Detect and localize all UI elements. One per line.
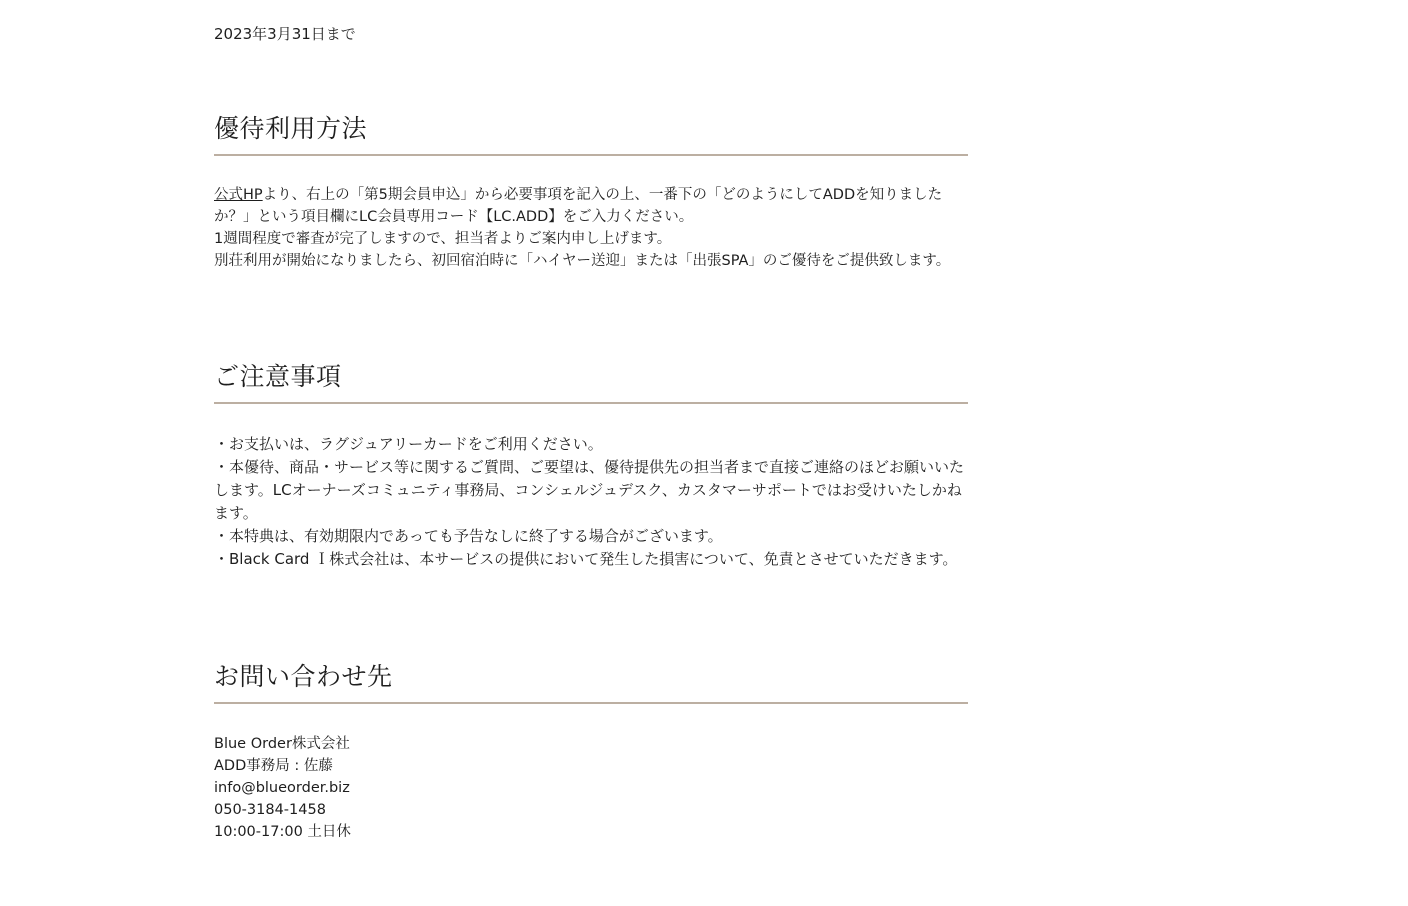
usage-line-1-text: より、右上の「第5期会員申込」から必要事項を記入の上、一番下の「どのようにしてA… bbox=[214, 187, 942, 225]
note-item: ・本優待、商品・サービス等に関するご質問、ご要望は、優待提供先の担当者まで直接ご… bbox=[214, 456, 968, 525]
contact-section-title: お問い合わせ先 bbox=[214, 660, 968, 704]
contact-company: Blue Order株式会社 bbox=[214, 733, 968, 755]
validity-period: 2023年3月31日まで bbox=[214, 23, 356, 45]
contact-section: お問い合わせ先 Blue Order株式会社 ADD事務局 : 佐藤 info@… bbox=[214, 660, 968, 843]
contact-office: ADD事務局 : 佐藤 bbox=[214, 755, 968, 777]
notes-section-body: ・お支払いは、ラグジュアリーカードをご利用ください。 ・本優待、商品・サービス等… bbox=[214, 433, 968, 571]
notes-section: ご注意事項 ・お支払いは、ラグジュアリーカードをご利用ください。 ・本優待、商品… bbox=[214, 360, 968, 571]
note-item: ・本特典は、有効期限内であっても予告なしに終了する場合がございます。 bbox=[214, 525, 968, 548]
note-item: ・Black Card Ｉ株式会社は、本サービスの提供において発生した損害につい… bbox=[214, 548, 968, 571]
usage-section-body: 公式HPより、右上の「第5期会員申込」から必要事項を記入の上、一番下の「どのよう… bbox=[214, 184, 968, 272]
usage-line-1: 公式HPより、右上の「第5期会員申込」から必要事項を記入の上、一番下の「どのよう… bbox=[214, 184, 968, 228]
contact-phone: 050-3184-1458 bbox=[214, 799, 968, 821]
contact-section-body: Blue Order株式会社 ADD事務局 : 佐藤 info@blueorde… bbox=[214, 733, 968, 843]
usage-line-2: 1週間程度で審査が完了しますので、担当者よりご案内申し上げます。 bbox=[214, 228, 968, 250]
official-hp-link[interactable]: 公式HP bbox=[214, 187, 263, 203]
notes-section-title: ご注意事項 bbox=[214, 360, 968, 404]
contact-email: info@blueorder.biz bbox=[214, 777, 968, 799]
usage-section: 優待利用方法 公式HPより、右上の「第5期会員申込」から必要事項を記入の上、一番… bbox=[214, 112, 968, 272]
contact-hours: 10:00-17:00 土日休 bbox=[214, 821, 968, 843]
usage-line-3: 別荘利用が開始になりましたら、初回宿泊時に「ハイヤー送迎」または「出張SPA」の… bbox=[214, 250, 968, 272]
usage-section-title: 優待利用方法 bbox=[214, 112, 968, 156]
note-item: ・お支払いは、ラグジュアリーカードをご利用ください。 bbox=[214, 433, 968, 456]
